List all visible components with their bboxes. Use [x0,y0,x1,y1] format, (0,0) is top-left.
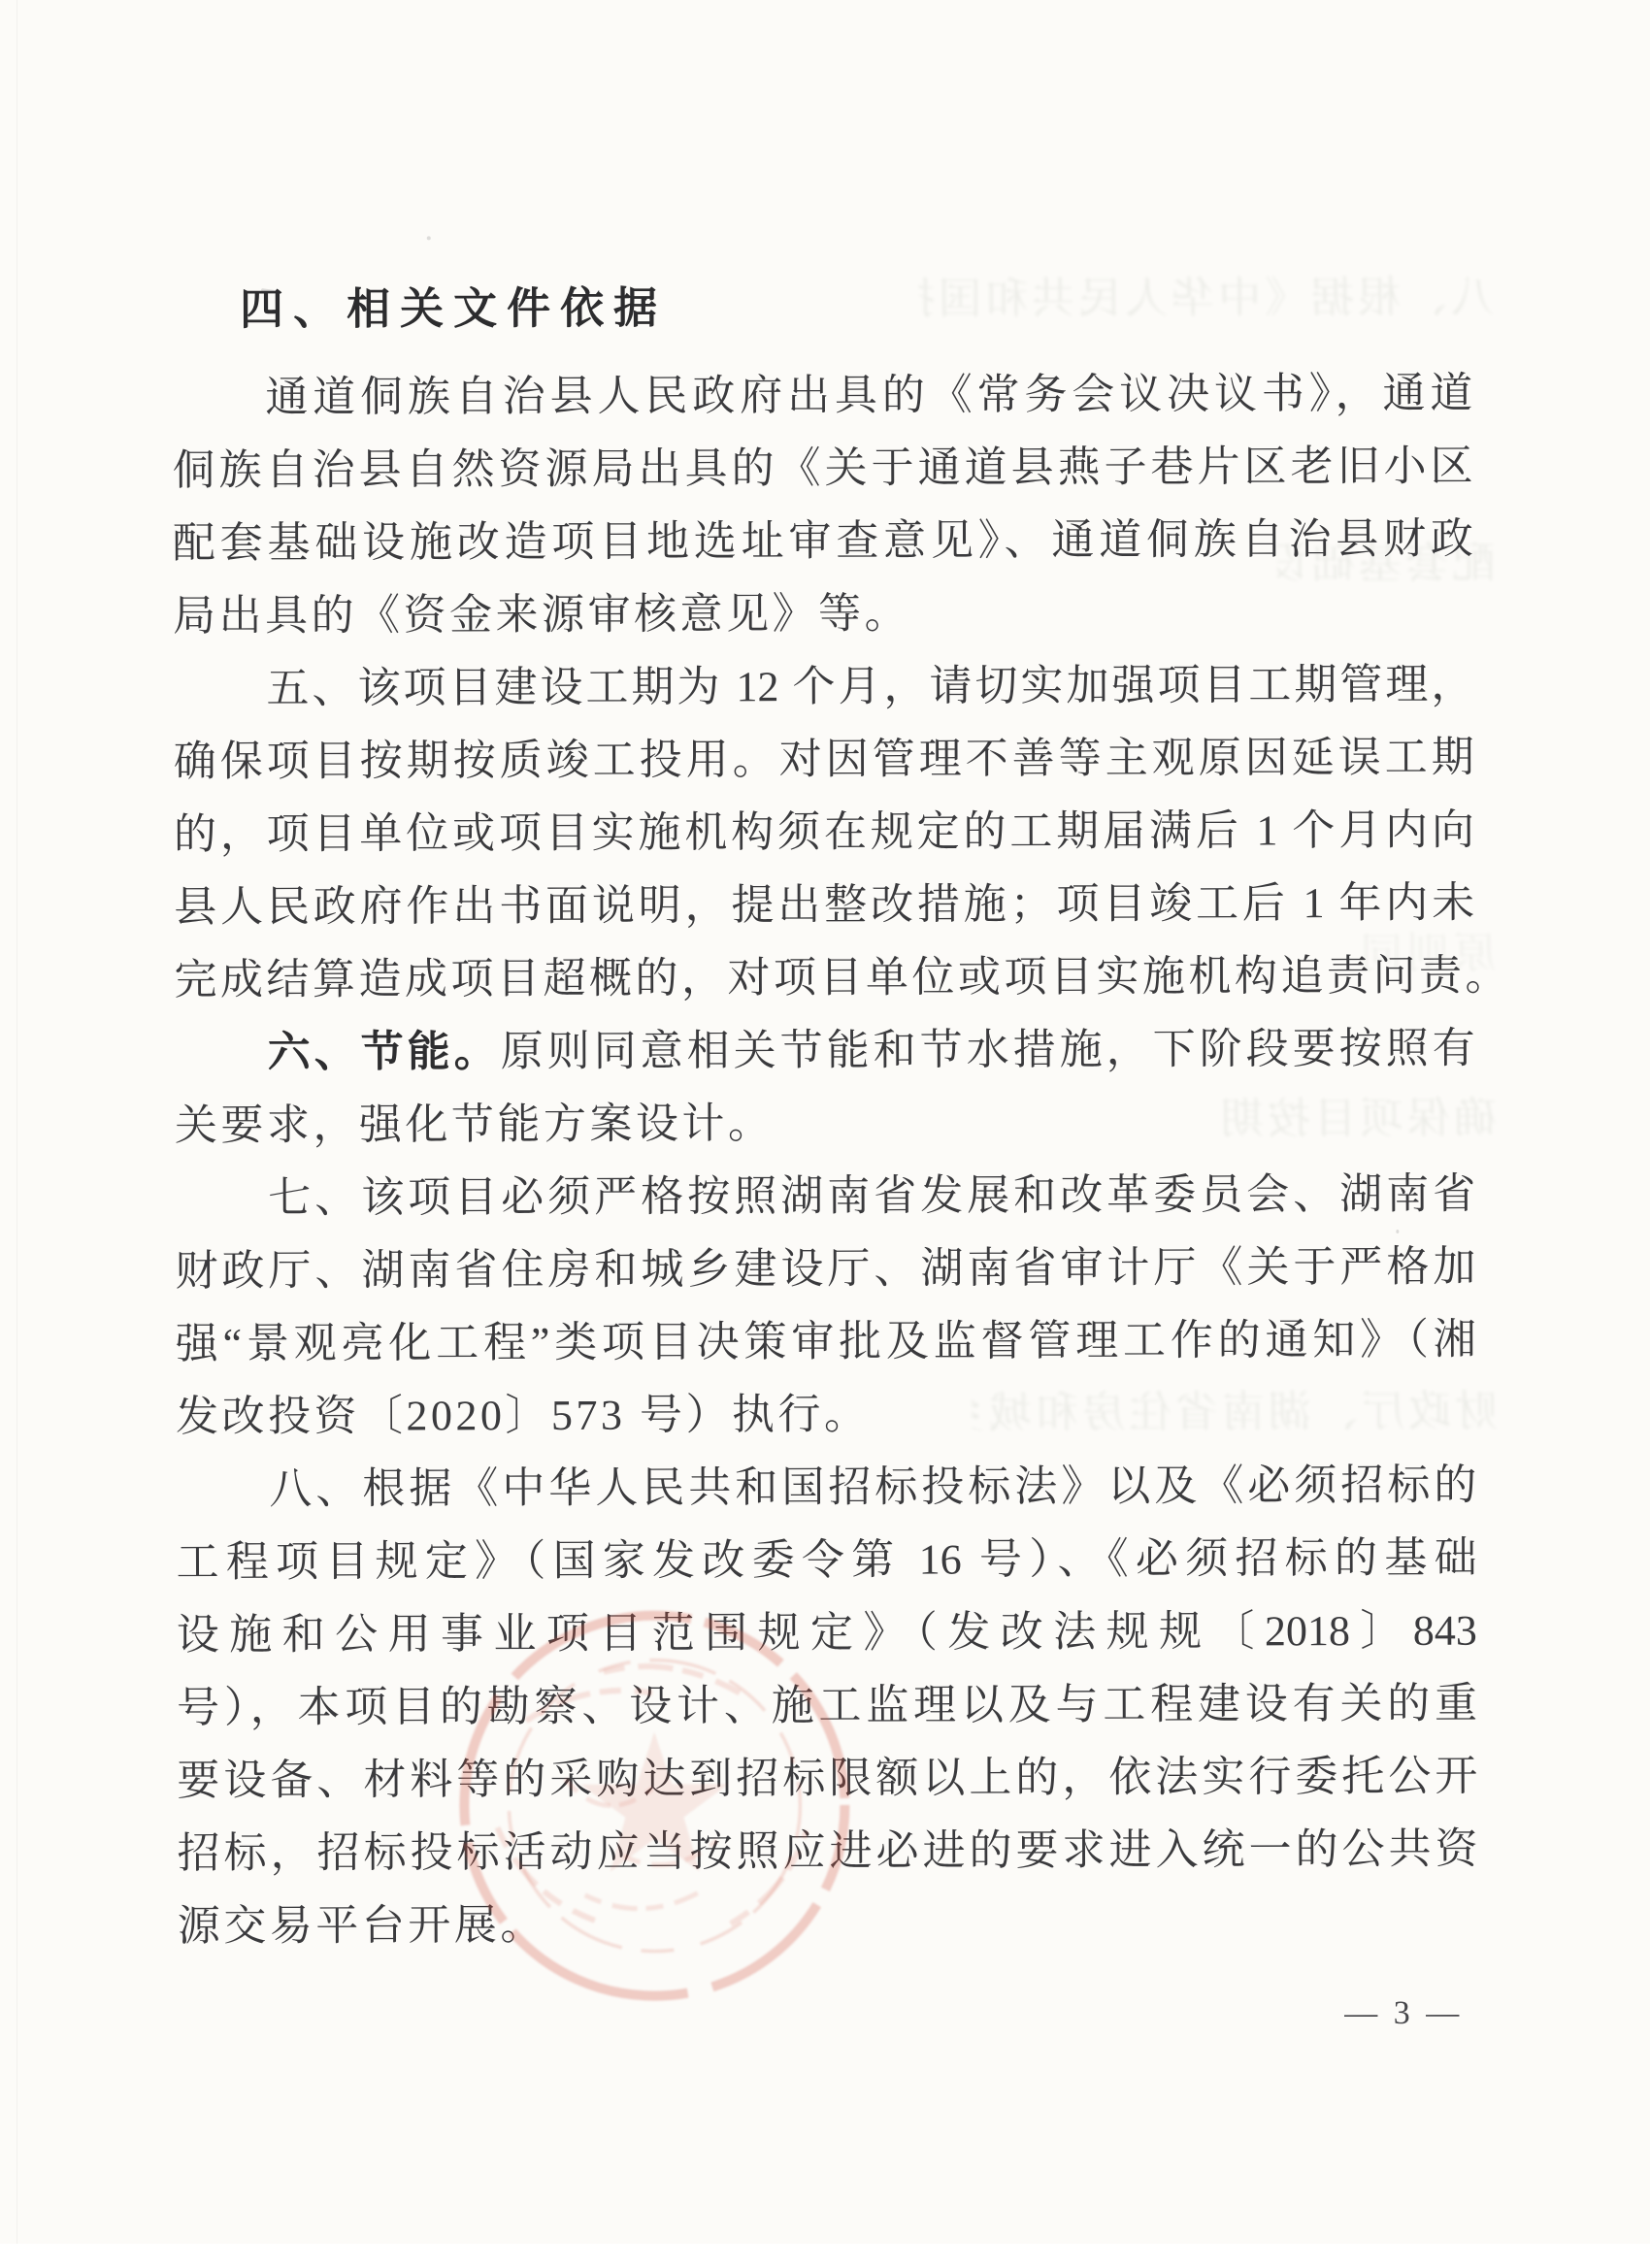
section-heading: 四、相关文件依据 [240,283,667,336]
body-line: 七、该项目必须严格按照湖南省发展和改革委员会、湖南省 [175,1158,1475,1235]
body-line: 源交易平台开展。 [178,1886,1478,1963]
body-line: 要设备、材料等的采购达到招标限额以上的，依法实行委托公开 [177,1740,1477,1818]
body-line: 工程项目规定》（国家发改委令第 16 号）、《必须招标的基础 [176,1522,1476,1599]
body-line: 八、根据《中华人民共和国招标投标法》以及《必须招标的 [176,1449,1476,1527]
inline-heading: 六、节能。 [268,1028,501,1076]
body-line: 的，项目单位或项目实施机构须在规定的工期届满后 1 个月内向 [174,794,1474,871]
body-line: 招标，招标投标活动应当按照应进必进的要求进入统一的公共资 [177,1813,1477,1890]
body-line: 确保项目按期按质竣工投用。对因管理不善等主观原因延误工期 [174,721,1474,799]
body-line: 发改投资〔2020〕573 号）执行。 [176,1376,1476,1454]
body-line: 县人民政府作出书面说明，提出整改措施；项目竣工后 1 年内未 [174,867,1474,944]
scan-speck [427,236,431,240]
body-line: 财政厅、湖南省住房和城乡建设厅、湖南省审计厅《关于严格加 [175,1231,1475,1308]
body-line: 五、该项目建设工期为 12 个月，请切实加强项目工期管理， [173,648,1473,726]
body-line: 强“景观亮化工程”类项目决策审批及监督管理工作的通知》（湘 [176,1303,1476,1381]
body-line: 完成结算造成项目超概的，对项目单位或项目实施机构追责问责。 [174,939,1474,1017]
body-line: 侗族自治县自然资源局出具的《关于通道县燕子巷片区老旧小区 [172,430,1472,508]
body-line: 六、节能。原则同意相关节能和节水措施，下阶段要按照有 [175,1012,1475,1090]
body-line: 配套基础设施改造项目地选址审查意见》、通道侗族自治县财政 [173,503,1473,580]
scanned-document-page: 八、根据《中华人民共和国招标投标法》以及《必须招标的 配套基础设施改造项目地选址… [0,0,1650,2268]
page-number: — 3 — [1331,1995,1476,2033]
body-line: 通道侗族自治县人民政府出具的《常务会议决议书》，通道 [172,357,1472,435]
body-line: 关要求，强化节能方案设计。 [175,1085,1475,1163]
body-text-block: 通道侗族自治县人民政府出具的《常务会议决议书》，通道侗族自治县自然资源局出具的《… [172,357,1478,1963]
bleed-through-text: 八、根据《中华人民共和国招标投标法》以及《必须招标的 [919,272,1494,326]
scan-speck [1237,973,1241,978]
scan-speck [1396,1230,1399,1233]
body-line: 局出具的《资金来源审核意见》等。 [173,575,1473,653]
body-line: 设施和公用事业项目范围规定》（发改法规规〔2018〕843 [177,1594,1477,1672]
body-line: 号），本项目的勘察、设计、施工监理以及与工程建设有关的重 [177,1667,1477,1745]
document-content: 八、根据《中华人民共和国招标投标法》以及《必须招标的 配套基础设施改造项目地选址… [0,0,1650,2268]
